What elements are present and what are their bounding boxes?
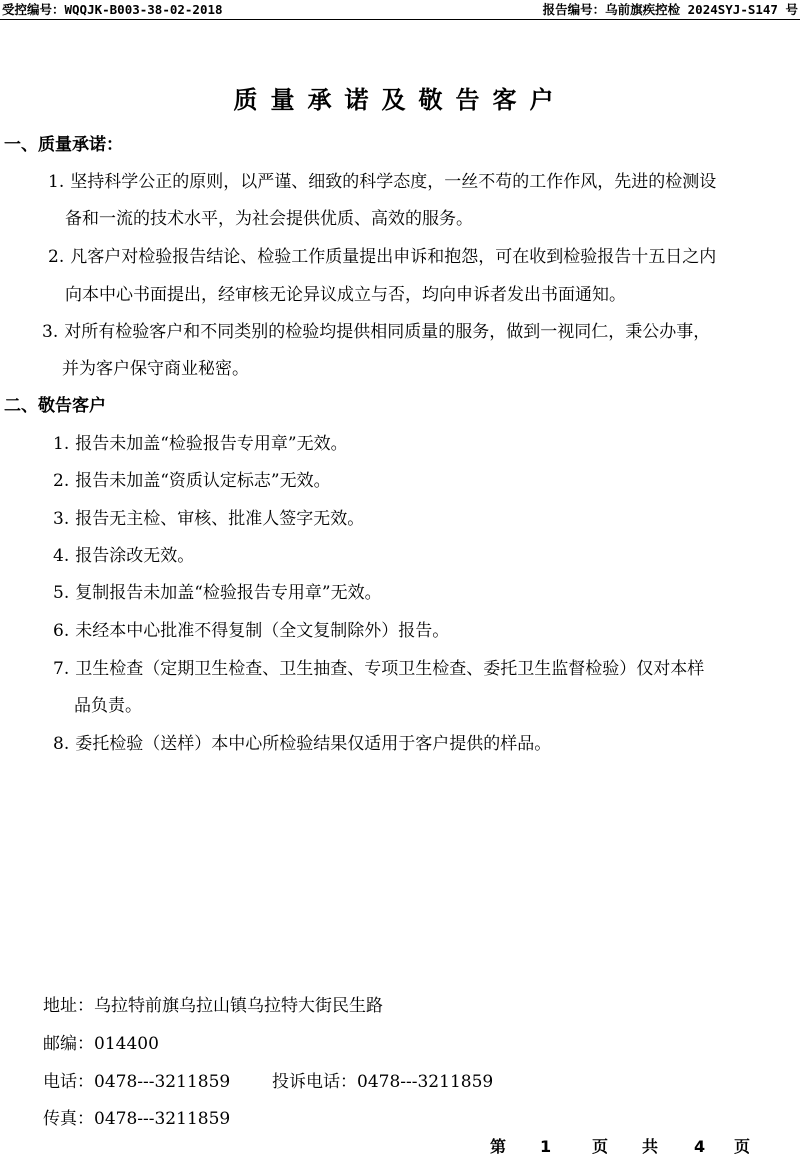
commitment-item-2-cont: 向本中心书面提出，经审核无论异议成立与否，均向申诉者发出书面通知。 [65, 280, 626, 305]
commitment-item-3: 3.对所有检验客户和不同类别的检验均提供相同质量的服务，做到一视同仁，秉公办事， [42, 317, 710, 342]
phone: 电话：0478---3211859 [43, 1067, 230, 1092]
notice-item-4: 4.报告涂改无效。 [53, 541, 194, 566]
control-number: 受控编号：WQQJK-B003-38-02-2018 [2, 0, 223, 19]
commitment-item-3-cont: 并为客户保守商业秘密。 [62, 354, 249, 379]
address: 地址：乌拉特前旗乌拉山镇乌拉特大街民生路 [43, 991, 383, 1016]
postcode: 邮编：014400 [43, 1029, 159, 1054]
notice-item-6: 6.未经本中心批准不得复制（全文复制除外）报告。 [53, 616, 449, 641]
report-number: 报告编号：乌前旗疾控检 2024SYJ-S147 号 [543, 0, 798, 19]
notice-item-7: 7.卫生检查（定期卫生检查、卫生抽查、专项卫生检查、委托卫生监督检验）仅对本样 [53, 654, 704, 679]
section-notice-heading: 二、敬告客户 [4, 391, 106, 416]
notice-item-2: 2.报告未加盖“资质认定标志”无效。 [53, 466, 331, 491]
fax: 传真：0478---3211859 [43, 1104, 230, 1129]
commitment-item-1-cont: 备和一流的技术水平，为社会提供优质、高效的服务。 [65, 204, 473, 229]
notice-item-7-cont: 品负责。 [74, 691, 142, 716]
section-quality-commitment-heading: 一、质量承诺： [4, 130, 123, 155]
notice-item-3: 3.报告无主检、审核、批准人签字无效。 [53, 504, 364, 529]
commitment-item-1: 1.坚持科学公正的原则，以严谨、细致的科学态度，一丝不苟的工作作风，先进的检测设 [48, 167, 716, 192]
notice-item-1: 1.报告未加盖“检验报告专用章”无效。 [53, 429, 348, 454]
notice-item-8: 8.委托检验（送样）本中心所检验结果仅适用于客户提供的样品。 [53, 729, 551, 754]
notice-item-5: 5.复制报告未加盖“检验报告专用章”无效。 [53, 578, 382, 603]
commitment-item-2: 2.凡客户对检验报告结论、检验工作质量提出申诉和抱怨，可在收到检验报告十五日之内 [48, 242, 716, 267]
complaint-phone: 投诉电话：0478---3211859 [272, 1067, 493, 1092]
page-title: 质量承诺及敬告客户 [0, 80, 800, 115]
document-header: 受控编号：WQQJK-B003-38-02-2018 报告编号：乌前旗疾控检 2… [0, 0, 800, 20]
page-number: 第1页共4页 [490, 1134, 750, 1157]
